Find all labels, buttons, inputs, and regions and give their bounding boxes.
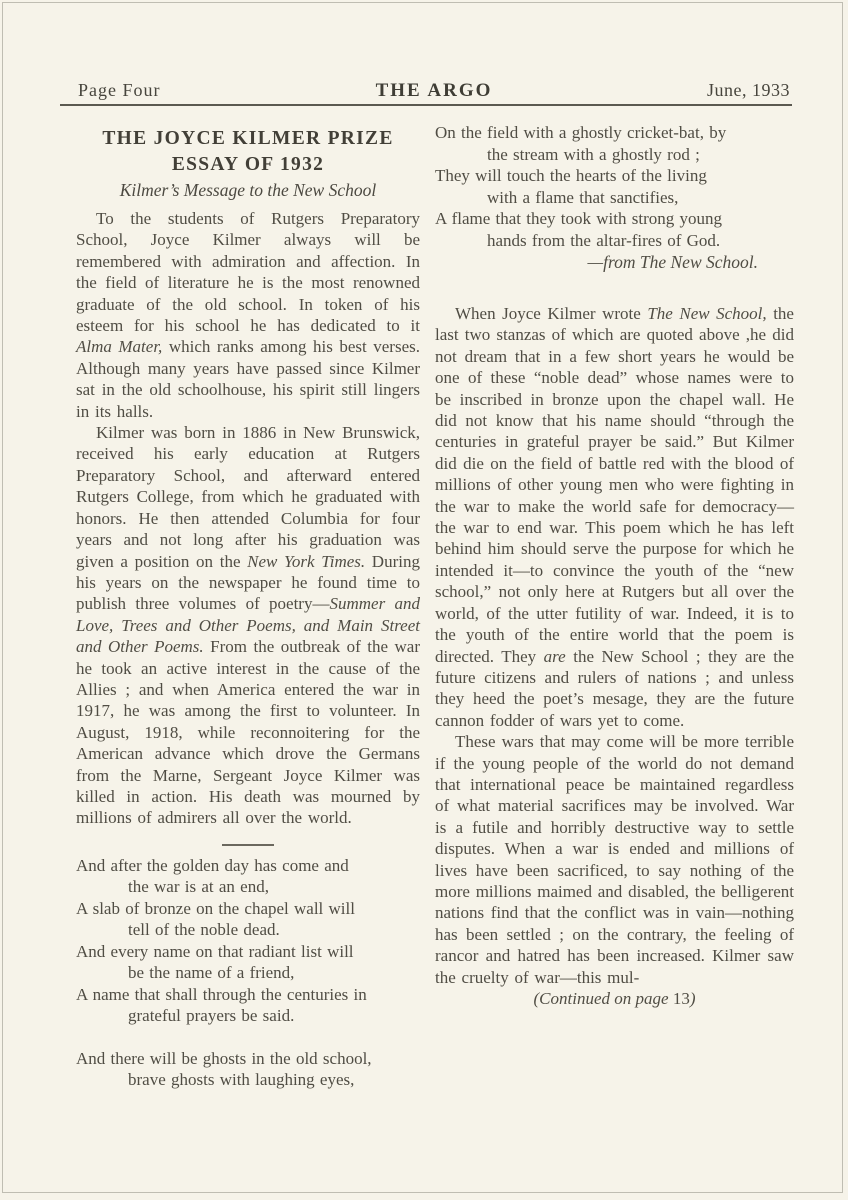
- poem-stanza: And there will be ghosts in the old scho…: [76, 1048, 420, 1091]
- page-header: Page Four THE ARGO June, 1933: [78, 80, 790, 102]
- poem-line: A name that shall through the centuries …: [76, 984, 420, 1006]
- poem-line: hands from the altar-fires of God.: [435, 230, 794, 252]
- poem-line: with a flame that sanctifies,: [435, 187, 794, 209]
- section-divider: [222, 844, 274, 846]
- poem-line: A slab of bronze on the chapel wall will: [76, 898, 420, 920]
- poem-stanza: On the field with a ghostly cricket-bat,…: [435, 122, 794, 251]
- article-subtitle: Kilmer’s Message to the New School: [76, 180, 420, 201]
- poem-line: They will touch the hearts of the living: [435, 165, 794, 187]
- paragraph: These wars that may come will be more te…: [435, 731, 794, 988]
- paragraph: Kilmer was born in 1886 in New Brunswick…: [76, 422, 420, 829]
- issue-date: June, 1933: [553, 80, 790, 101]
- poem-line: brave ghosts with laughing eyes,: [76, 1069, 420, 1091]
- paragraph: When Joyce Kilmer wrote The New School, …: [435, 303, 794, 731]
- right-column: On the field with a ghostly cricket-bat,…: [435, 122, 794, 1091]
- poem-stanza: And after the golden day has come and th…: [76, 855, 420, 1027]
- article-columns: THE JOYCE KILMER PRIZE ESSAY OF 1932 Kil…: [76, 122, 794, 1091]
- section-gap: [435, 273, 794, 303]
- poem-line: A flame that they took with strong young: [435, 208, 794, 230]
- magazine-page: Page Four THE ARGO June, 1933 THE JOYCE …: [0, 0, 848, 1200]
- poem-line: the stream with a ghostly rod ;: [435, 144, 794, 166]
- stanza-gap: [76, 1027, 420, 1048]
- poem-line: grateful prayers be said.: [76, 1005, 420, 1027]
- poem-line: And every name on that radiant list will: [76, 941, 420, 963]
- poem-line: On the field with a ghostly cricket-bat,…: [435, 122, 794, 144]
- article-title-line1: THE JOYCE KILMER PRIZE: [102, 128, 393, 149]
- poem-line: be the name of a friend,: [76, 962, 420, 984]
- poem-line: tell of the noble dead.: [76, 919, 420, 941]
- left-column: THE JOYCE KILMER PRIZE ESSAY OF 1932 Kil…: [76, 122, 420, 1091]
- header-rule: [60, 104, 792, 106]
- poem-line: And there will be ghosts in the old scho…: [76, 1048, 420, 1070]
- continued-note: (Continued on page 13): [435, 989, 794, 1009]
- paragraph: To the students of Rutgers Preparatory S…: [76, 208, 420, 422]
- page-number-label: Page Four: [78, 80, 315, 101]
- article-title: THE JOYCE KILMER PRIZE ESSAY OF 1932: [76, 126, 420, 178]
- publication-title: THE ARGO: [315, 80, 552, 102]
- poem-line: the war is at an end,: [76, 876, 420, 898]
- poem-attribution: —from The New School.: [435, 252, 794, 273]
- article-title-line2: ESSAY OF 1932: [172, 154, 324, 175]
- poem-line: And after the golden day has come and: [76, 855, 420, 877]
